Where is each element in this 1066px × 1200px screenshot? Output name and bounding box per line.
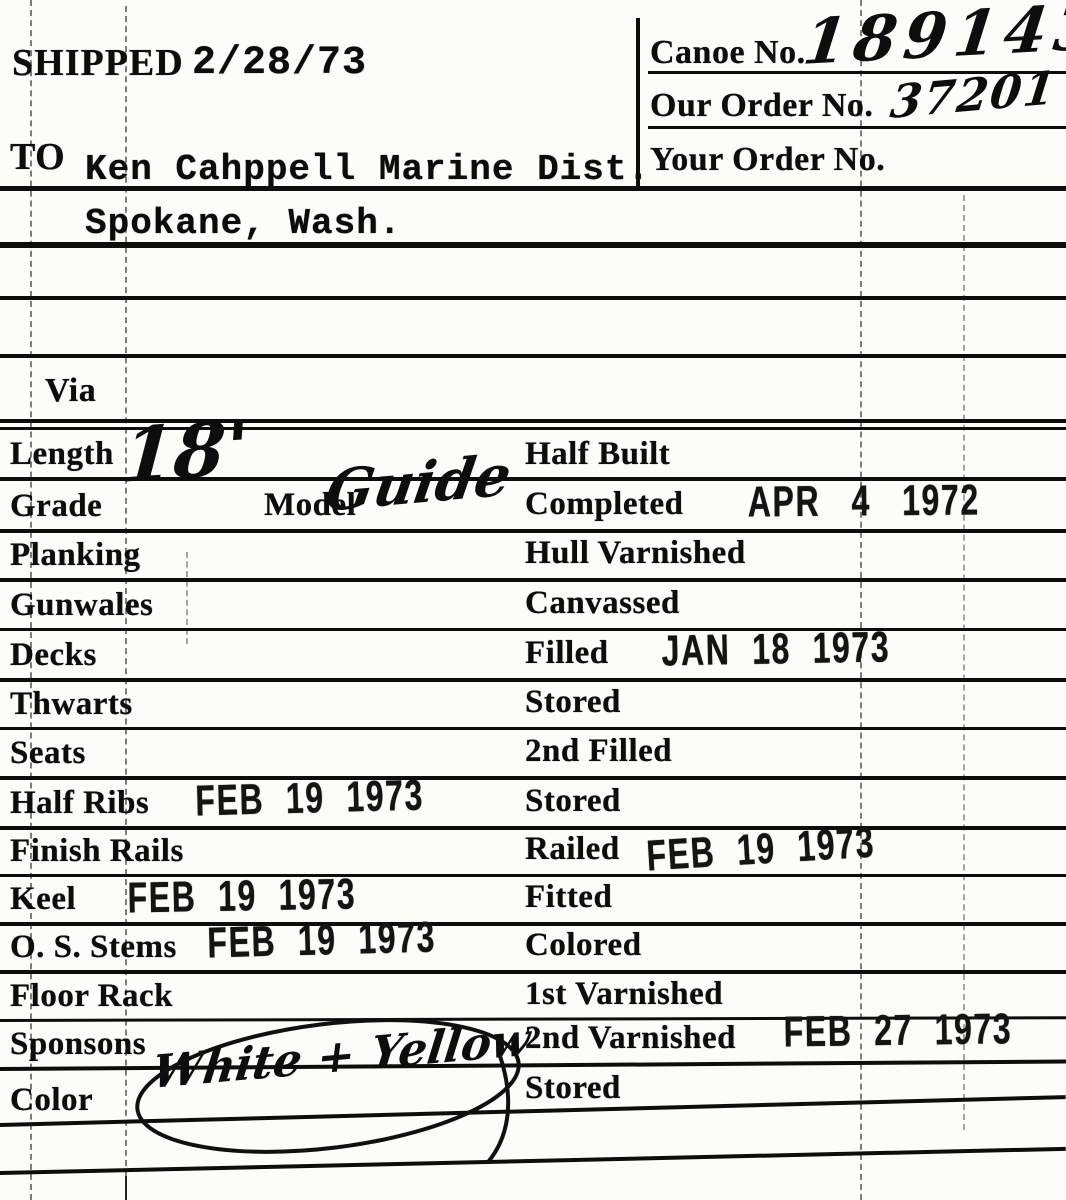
field-length-label: Length bbox=[10, 438, 114, 471]
field-canvassed-label: Canvassed bbox=[525, 587, 680, 620]
field-filled-stamp: JAN 18 1973 bbox=[661, 626, 890, 673]
ruled-line bbox=[0, 529, 1066, 533]
field-planking-label: Planking bbox=[10, 539, 141, 572]
field-fitted-label: Fitted bbox=[525, 881, 612, 914]
field-model-value: Guide bbox=[322, 447, 515, 520]
field-gunwales-label: Gunwales bbox=[10, 589, 153, 622]
field-2nd-varnished-stamp: FEB 27 1973 bbox=[783, 1008, 1012, 1054]
ruled-line bbox=[0, 826, 1066, 830]
to-label: TO bbox=[10, 138, 65, 176]
field-completed-stamp: APR 4 1972 bbox=[748, 479, 980, 524]
field-half-ribs-stamp: FEB 19 1973 bbox=[195, 774, 425, 823]
field-length-value: 18' bbox=[120, 411, 251, 494]
field-stored-1-label: Stored bbox=[525, 686, 621, 719]
ruled-line bbox=[0, 678, 1066, 682]
shipping-record-card: Canoe No. 189143 Our Order No. 37201 You… bbox=[0, 0, 1066, 1200]
field-2nd-varnished-label: 2nd Varnished bbox=[525, 1022, 736, 1055]
field-stored-2-label: Stored bbox=[525, 785, 621, 818]
field-stored-3-label: Stored bbox=[525, 1072, 621, 1105]
consignee-line2: Spokane, Wash. bbox=[85, 206, 401, 242]
field-half-ribs-label: Half Ribs bbox=[10, 787, 149, 820]
ruled-line bbox=[648, 126, 1066, 129]
field-colored-label: Colored bbox=[525, 929, 642, 962]
color-circle-annotation bbox=[118, 998, 538, 1188]
field-color-label: Color bbox=[10, 1084, 93, 1117]
field-1st-varnished-label: 1st Varnished bbox=[525, 978, 723, 1011]
field-2nd-filled-label: 2nd Filled bbox=[525, 735, 672, 768]
ruled-line bbox=[0, 296, 1066, 300]
field-keel-label: Keel bbox=[10, 883, 76, 916]
shipped-label: SHIPPED bbox=[12, 44, 184, 82]
our-order-value: 37201 bbox=[888, 65, 1060, 125]
via-label: Via bbox=[45, 374, 96, 408]
field-keel-stamp: FEB 19 1973 bbox=[127, 873, 356, 920]
ruled-line bbox=[0, 628, 1066, 631]
ruling-dash-right-outer bbox=[963, 195, 965, 1130]
field-half-built-label: Half Built bbox=[525, 438, 670, 471]
canoe-no-label: Canoe No. bbox=[650, 36, 806, 70]
consignee-line1: Ken Cahppell Marine Dist. bbox=[85, 152, 650, 188]
field-grade-label: Grade bbox=[10, 490, 102, 523]
ruled-line bbox=[0, 578, 1066, 582]
field-seats-label: Seats bbox=[10, 737, 86, 770]
field-filled-label: Filled bbox=[525, 637, 609, 670]
field-completed-label: Completed bbox=[525, 488, 683, 521]
field-os-stems-stamp: FEB 19 1973 bbox=[207, 916, 437, 965]
our-order-label: Our Order No. bbox=[650, 89, 873, 123]
field-decks-label: Decks bbox=[10, 639, 97, 672]
ruled-line bbox=[0, 970, 1066, 974]
field-finish-rails-label: Finish Rails bbox=[10, 835, 184, 868]
field-os-stems-label: O. S. Stems bbox=[10, 931, 177, 964]
field-hull-varnished-label: Hull Varnished bbox=[525, 537, 746, 570]
ruled-line bbox=[0, 922, 1066, 926]
field-thwarts-label: Thwarts bbox=[10, 688, 133, 721]
ruled-line bbox=[0, 727, 1066, 730]
your-order-label: Your Order No. bbox=[650, 143, 885, 177]
shipped-date: 2/28/73 bbox=[192, 44, 367, 84]
ruled-line bbox=[0, 354, 1066, 358]
ruled-line bbox=[0, 776, 1066, 780]
field-railed-label: Railed bbox=[525, 833, 620, 866]
